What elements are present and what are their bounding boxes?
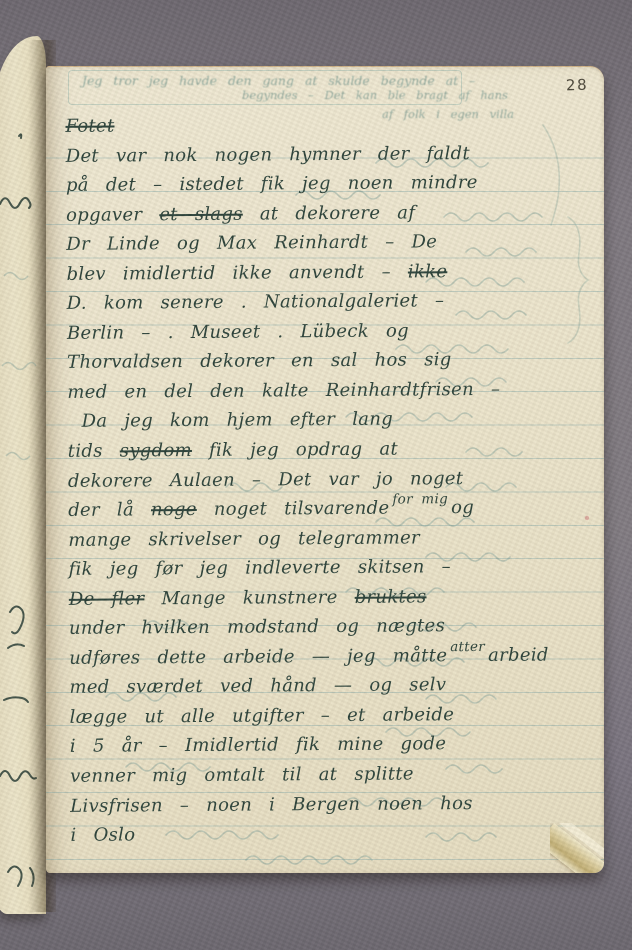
handwriting-line: med sværdet ved hånd — og selv <box>69 674 599 707</box>
struck-text: sygdom <box>120 440 192 462</box>
handwriting-segment: for mig <box>392 491 448 507</box>
handwriting-line: opgaver et slags at dekorere af <box>66 201 596 234</box>
struck-text: ikke <box>408 261 448 282</box>
handwriting-segment: Thorvaldsen dekorer en sal hos sig <box>67 350 452 374</box>
page-number: 28 <box>566 76 589 95</box>
handwriting-segment: dekorere Aulaen – Det var jo noget <box>68 468 464 492</box>
handwriting-segment: med en del den kalte Reinhardtfrisen – <box>67 379 500 403</box>
handwriting-block: FotetDet var nok nogen hymner der faldtp… <box>65 112 600 854</box>
handwriting-segment: i 5 år – Imidlertid fik mine gode <box>70 734 447 758</box>
handwriting-line: Berlin – . Museet . Lübeck og <box>67 319 597 352</box>
handwriting-line: blev imidlertid ikke anvendt – ikke <box>66 260 596 293</box>
handwriting-segment: udføres dette arbeide — jeg måtte <box>69 645 447 669</box>
handwriting-segment: D. kom senere . Nationalgaleriet – <box>67 291 445 315</box>
handwriting-line: Fotet <box>65 112 595 145</box>
handwriting-line: lægge ut alle utgifter – et arbeide <box>70 703 600 736</box>
handwriting-segment: Livsfrisen – noen i Bergen noen hos <box>70 793 473 817</box>
handwriting-segment: Det var nok nogen hymner der faldt <box>66 143 470 167</box>
struck-text: bruktes <box>355 586 427 608</box>
handwriting-segment: på det – istedet fik jeg noen mindre <box>66 172 478 196</box>
handwriting-segment: der lå <box>68 499 151 521</box>
faint-header-line-1: Jeg tror jeg havde den gang at skulde be… <box>82 73 475 88</box>
notebook-photo: Jeg tror jeg havde den gang at skulde be… <box>0 0 632 950</box>
handwriting-segment: Berlin – . Museet . Lübeck og <box>67 320 409 343</box>
handwriting-line: De fler Mange kunstnere bruktes <box>69 585 599 618</box>
handwriting-line: med en del den kalte Reinhardtfrisen – <box>67 378 597 411</box>
handwriting-segment: blev imidlertid ikke anvendt – <box>66 261 407 284</box>
handwriting-line: udføres dette arbeide — jeg måtteatterar… <box>69 644 599 677</box>
struck-text: et slags <box>159 203 243 225</box>
handwriting-segment: Dr Linde og Max Reinhardt – De <box>66 231 437 255</box>
handwriting-segment: og <box>451 497 474 518</box>
handwriting-segment: arbeid <box>488 644 549 665</box>
handwriting-line: i 5 år – Imidlertid fik mine gode <box>70 733 600 766</box>
handwriting-line: i Oslo <box>70 821 600 854</box>
handwriting-line: Det var nok nogen hymner der faldt <box>66 142 596 175</box>
struck-text: Fotet <box>65 116 114 137</box>
handwriting-segment: opgaver <box>66 204 159 226</box>
handwriting-line: mange skrivelser og telegrammer <box>68 526 598 559</box>
handwriting-line: på det – istedet fik jeg noen mindre <box>66 171 596 204</box>
handwriting-line: D. kom senere . Nationalgaleriet – <box>67 289 597 322</box>
handwriting-line: fik jeg før jeg indleverte skitsen – <box>69 555 599 588</box>
handwriting-line: dekorere Aulaen – Det var jo noget <box>68 467 598 500</box>
handwriting-segment: under hvilken modstand og nægtes <box>69 616 445 640</box>
handwriting-line: der lå noge noget tilsvarendefor migog <box>68 496 598 529</box>
notebook-page: Jeg tror jeg havde den gang at skulde be… <box>46 66 604 873</box>
handwriting-segment: venner mig omtalt til at splitte <box>70 763 414 786</box>
handwriting-segment: mange skrivelser og telegrammer <box>68 527 420 550</box>
handwriting-segment: i Oslo <box>70 825 135 846</box>
handwriting-segment: med sværdet ved hånd — og selv <box>69 675 446 699</box>
handwriting-segment: fik jeg opdrag at <box>192 439 398 461</box>
handwriting-segment: noget tilsvarende <box>197 498 390 520</box>
handwriting-segment: tids <box>68 441 120 462</box>
handwriting-line: Livsfrisen – noen i Bergen noen hos <box>70 792 600 825</box>
handwriting-segment: atter <box>450 639 485 655</box>
handwriting-segment: Mange kunstnere <box>144 587 354 609</box>
handwriting-segment: at dekorere af <box>243 202 416 224</box>
handwriting-line: Thorvaldsen dekorer en sal hos sig <box>67 349 597 382</box>
handwriting-line: venner mig omtalt til at splitte <box>70 762 600 795</box>
folded-corner <box>550 823 604 873</box>
struck-text: noge <box>151 499 197 520</box>
handwriting-line: under hvilken modstand og nægtes <box>69 614 599 647</box>
faint-header-line-2: begyndes – Det kan ble bragt af hans <box>242 88 508 102</box>
struck-text: De fler <box>69 588 145 610</box>
handwriting-segment: Da jeg kom hjem efter lang <box>81 409 393 432</box>
handwriting-segment: fik jeg før jeg indleverte skitsen – <box>69 556 451 580</box>
handwriting-segment: lægge ut alle utgifter – et arbeide <box>70 704 455 728</box>
handwriting-line: Da jeg kom hjem efter lang <box>81 408 597 441</box>
handwriting-line: tids sygdom fik jeg opdrag at <box>68 437 598 470</box>
handwriting-line: Dr Linde og Max Reinhardt – De <box>66 230 596 263</box>
